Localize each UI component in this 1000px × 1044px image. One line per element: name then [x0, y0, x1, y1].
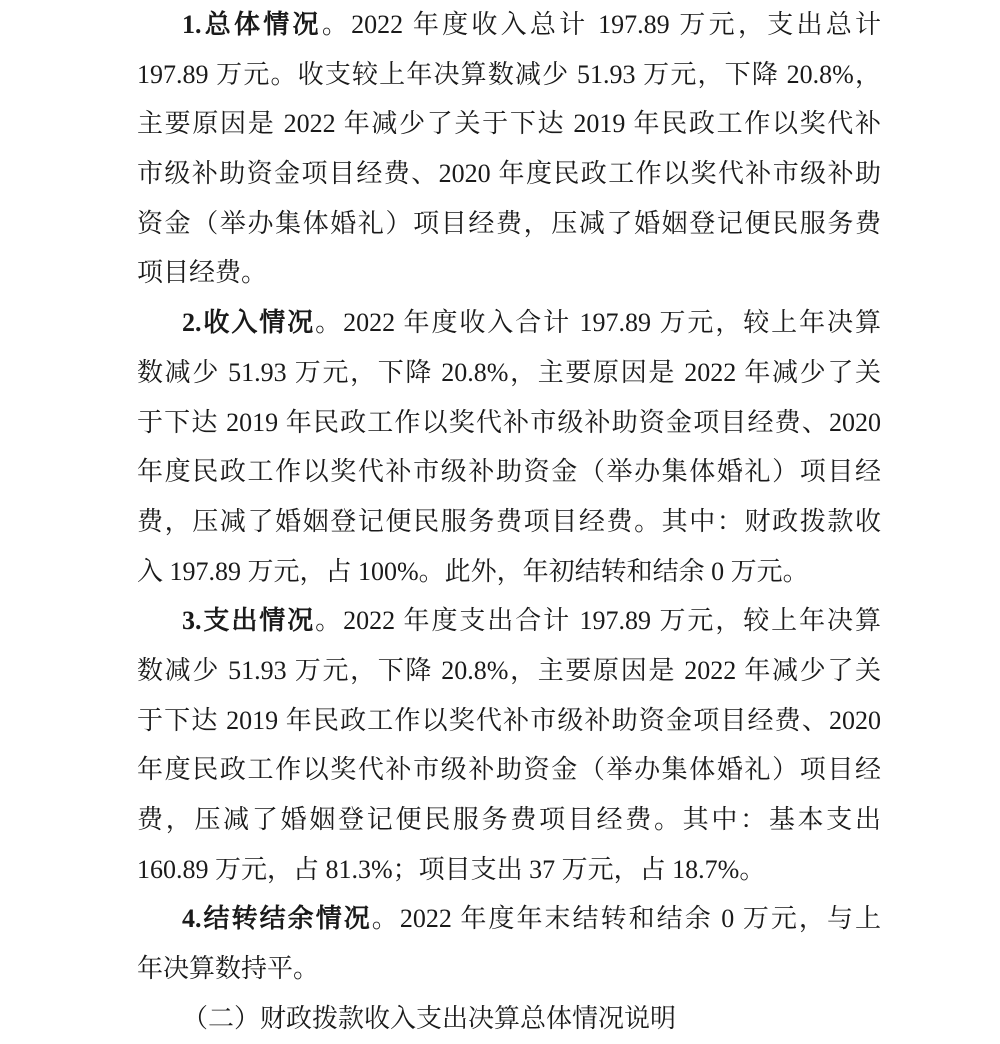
document-page: 1.总体情况。2022 年度收入总计 197.89 万元，支出总计197.89 … — [137, 0, 881, 1043]
text-line: 年决算数持平。 — [137, 944, 881, 994]
paragraph-lead-bold: 2.收入情况 — [182, 308, 315, 337]
text-line: 2.收入情况。2022 年度收入合计 197.89 万元，较上年决算 — [137, 298, 881, 348]
text-line: 资金（举办集体婚礼）项目经费，压减了婚姻登记便民服务费 — [137, 199, 881, 249]
text-line: 费，压减了婚姻登记便民服务费项目经费。其中：基本支出 — [137, 795, 881, 845]
text-line: 年度民政工作以奖代补市级补助资金（举办集体婚礼）项目经 — [137, 745, 881, 795]
text-line: 于下达 2019 年民政工作以奖代补市级补助资金项目经费、2020 — [137, 398, 881, 448]
text-line: 数减少 51.93 万元，下降 20.8%，主要原因是 2022 年减少了关 — [137, 646, 881, 696]
text-line: 费，压减了婚姻登记便民服务费项目经费。其中：财政拨款收 — [137, 497, 881, 547]
text-line: 数减少 51.93 万元，下降 20.8%，主要原因是 2022 年减少了关 — [137, 348, 881, 398]
body-paragraph: 1.总体情况。2022 年度收入总计 197.89 万元，支出总计197.89 … — [137, 0, 881, 298]
text-line: 1.总体情况。2022 年度收入总计 197.89 万元，支出总计 — [137, 0, 881, 50]
text-line: （二）财政拨款收入支出决算总体情况说明 — [137, 994, 881, 1044]
text-line: 年度民政工作以奖代补市级补助资金（举办集体婚礼）项目经 — [137, 447, 881, 497]
section-heading: （二）财政拨款收入支出决算总体情况说明 — [137, 994, 881, 1044]
paragraph-lead-bold: 3.支出情况 — [182, 606, 315, 635]
body-paragraph: 4.结转结余情况。2022 年度年末结转和结余 0 万元，与上年决算数持平。 — [137, 894, 881, 993]
text-line: 市级补助资金项目经费、2020 年度民政工作以奖代补市级补助 — [137, 149, 881, 199]
text-line: 于下达 2019 年民政工作以奖代补市级补助资金项目经费、2020 — [137, 696, 881, 746]
paragraph-lead-bold: 1.总体情况 — [182, 10, 322, 39]
text-line: 4.结转结余情况。2022 年度年末结转和结余 0 万元，与上 — [137, 894, 881, 944]
text-line: 主要原因是 2022 年减少了关于下达 2019 年民政工作以奖代补 — [137, 99, 881, 149]
text-line: 197.89 万元。收支较上年决算数减少 51.93 万元，下降 20.8%， — [137, 50, 881, 100]
text-line: 3.支出情况。2022 年度支出合计 197.89 万元，较上年决算 — [137, 596, 881, 646]
text-line: 项目经费。 — [137, 248, 881, 298]
paragraph-lead-bold: 4.结转结余情况 — [182, 904, 372, 933]
body-paragraph: 3.支出情况。2022 年度支出合计 197.89 万元，较上年决算数减少 51… — [137, 596, 881, 894]
text-line: 160.89 万元，占 81.3%；项目支出 37 万元，占 18.7%。 — [137, 845, 881, 895]
text-line: 入 197.89 万元，占 100%。此外，年初结转和结余 0 万元。 — [137, 547, 881, 597]
body-paragraph: 2.收入情况。2022 年度收入合计 197.89 万元，较上年决算数减少 51… — [137, 298, 881, 596]
